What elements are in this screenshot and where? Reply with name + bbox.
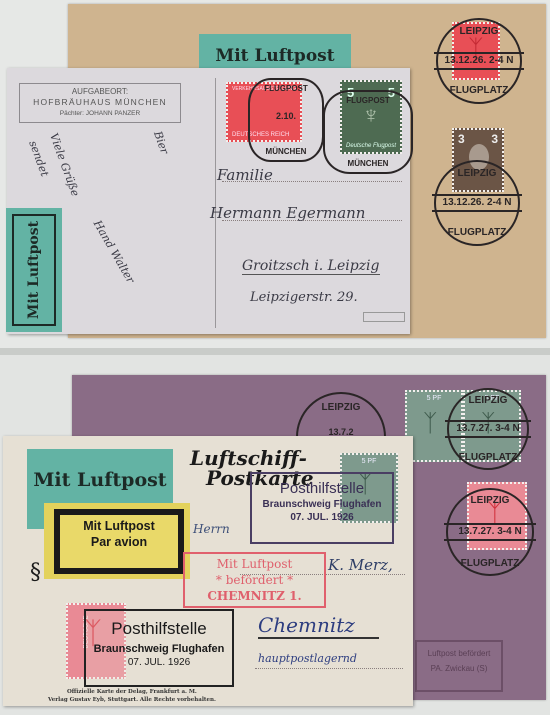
stamp-value: 3 (458, 132, 465, 146)
postmark-date: 13.12.26. 2-4 N (434, 52, 524, 70)
address-line-2: Hermann Egermann (210, 204, 365, 222)
postmark-station: FLUGPLATZ (438, 85, 520, 96)
postmark-city: LEIPZIG (438, 26, 520, 37)
address-line-1: Familie (217, 166, 273, 184)
sender-box: AUFGABEORT: HOFBRÄUHAUS MÜNCHEN Pächter:… (19, 83, 181, 123)
handwritten-message: Viele Grüße sendet (22, 130, 86, 207)
postmark-leipzig-2: LEIPZIG 13.12.26. 2-4 N FLUGPLATZ (434, 160, 520, 246)
address-herrn: Herrn (193, 522, 230, 536)
postmark-leipzig-4: LEIPZIG 13.7.27. 3-4 N FLUGPLATZ (447, 388, 529, 470)
airmail-label-yellow: Mit Luftpost Par avion (44, 503, 190, 579)
airmail-label-side: Mit Luftpost (6, 208, 62, 332)
postmark-flugpost-muenchen-1: FLUGPOST 2.10. MÜNCHEN (248, 78, 324, 162)
ornament-icon: § (30, 560, 41, 585)
card-divider-line (215, 78, 216, 328)
address-poste-restante: hauptpostlagernd (258, 652, 357, 665)
postmark-leipzig-1: LEIPZIG 13.12.26. 2-4 N FLUGPLATZ (436, 18, 522, 104)
posthilfstelle-cachet-violet: Posthilfstelle Braunschweig Flughafen 07… (250, 472, 394, 544)
postmark-flugpost-muenchen-2: FLUGPOST MÜNCHEN (323, 90, 413, 174)
address-name: K. Merz, (328, 556, 393, 574)
posthilfstelle-cachet-black: Posthilfstelle Braunschweig Flughafen 07… (84, 609, 234, 687)
address-line-3: Groitzsch i. Leipzig (242, 258, 380, 275)
printer-mark (363, 312, 405, 322)
publisher-imprint: Offizielle Karte der Delag, Frankfurt a.… (48, 688, 216, 704)
address-city: Chemnitz (258, 613, 379, 639)
faint-cachet-zwickau: Luftpost befördert PA. Zwickau (S) (415, 640, 503, 692)
eagle-icon: ᛉ (423, 410, 437, 438)
mit-luftpost-befoerdert-cachet: Mit Luftpost * befördert * CHEMNITZ 1. (183, 552, 326, 608)
postmark-leipzig-5: LEIPZIG 13.7.27. 3-4 N FLUGPLATZ (446, 488, 534, 576)
airmail-label-top: Mit Luftpost (199, 34, 351, 70)
address-line-4: Leipzigerstr. 29. (250, 290, 358, 305)
